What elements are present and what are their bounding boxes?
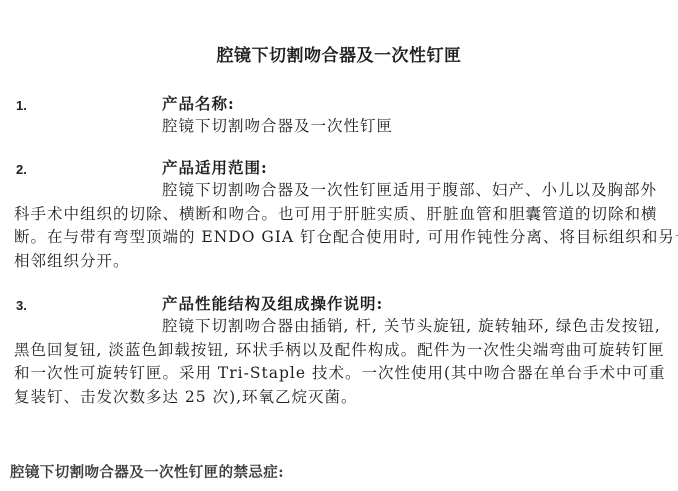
document-title: 腔镜下切割吻合器及一次性钉匣 <box>0 41 678 66</box>
section-2-line: 科手术中组织的切除、横断和吻合。也可用于肝脏实质、肝脏血管和胆囊管道的切除和横 <box>14 203 670 226</box>
section-product-name: 1. 产品名称: 腔镜下切割吻合器及一次性钉匣 <box>14 92 670 139</box>
section-3-line: 复装钉、击发次数多达 25 次),环氧乙烷灭菌。 <box>14 386 670 409</box>
section-3-line: 和一次性可旋转钉匣。采用 Tri-Staple 技术。一次性使用(其中吻合器在单… <box>14 362 670 385</box>
section-structure-and-operation: 3. 产品性能结构及组成操作说明: 腔镜下切割吻合器由插销, 杆, 关节头旋钮,… <box>14 292 670 409</box>
section-2-line: 相邻组织分开。 <box>14 250 670 273</box>
section-3-line: 腔镜下切割吻合器由插销, 杆, 关节头旋钮, 旋转轴环, 绿色击发按钮, <box>14 315 670 338</box>
section-2-line: 腔镜下切割吻合器及一次性钉匣适用于腹部、妇产、小儿以及胸部外 <box>14 179 670 202</box>
section-2-heading: 产品适用范围: <box>14 156 670 179</box>
section-3-heading: 产品性能结构及组成操作说明: <box>14 292 670 315</box>
footer-heading-contraindications: 腔镜下切割吻合器及一次性钉匣的禁忌症: <box>10 461 284 482</box>
section-2-number: 2. <box>16 158 27 181</box>
section-1-line: 腔镜下切割吻合器及一次性钉匣 <box>14 115 670 138</box>
section-1-number: 1. <box>16 94 27 117</box>
section-scope-of-application: 2. 产品适用范围: 腔镜下切割吻合器及一次性钉匣适用于腹部、妇产、小儿以及胸部… <box>14 156 670 273</box>
section-2-line: 断。在与带有弯型顶端的 ENDO GIA 钉仓配合使用时, 可用作钝性分离、将目… <box>14 226 670 249</box>
section-3-number: 3. <box>16 294 27 317</box>
document-page: 腔镜下切割吻合器及一次性钉匣 1. 产品名称: 腔镜下切割吻合器及一次性钉匣 2… <box>0 0 678 491</box>
section-1-heading: 产品名称: <box>14 92 670 115</box>
section-3-line: 黑色回复钮, 淡蓝色卸载按钮, 环状手柄以及配件构成。配件为一次性尖端弯曲可旋转… <box>14 339 670 362</box>
